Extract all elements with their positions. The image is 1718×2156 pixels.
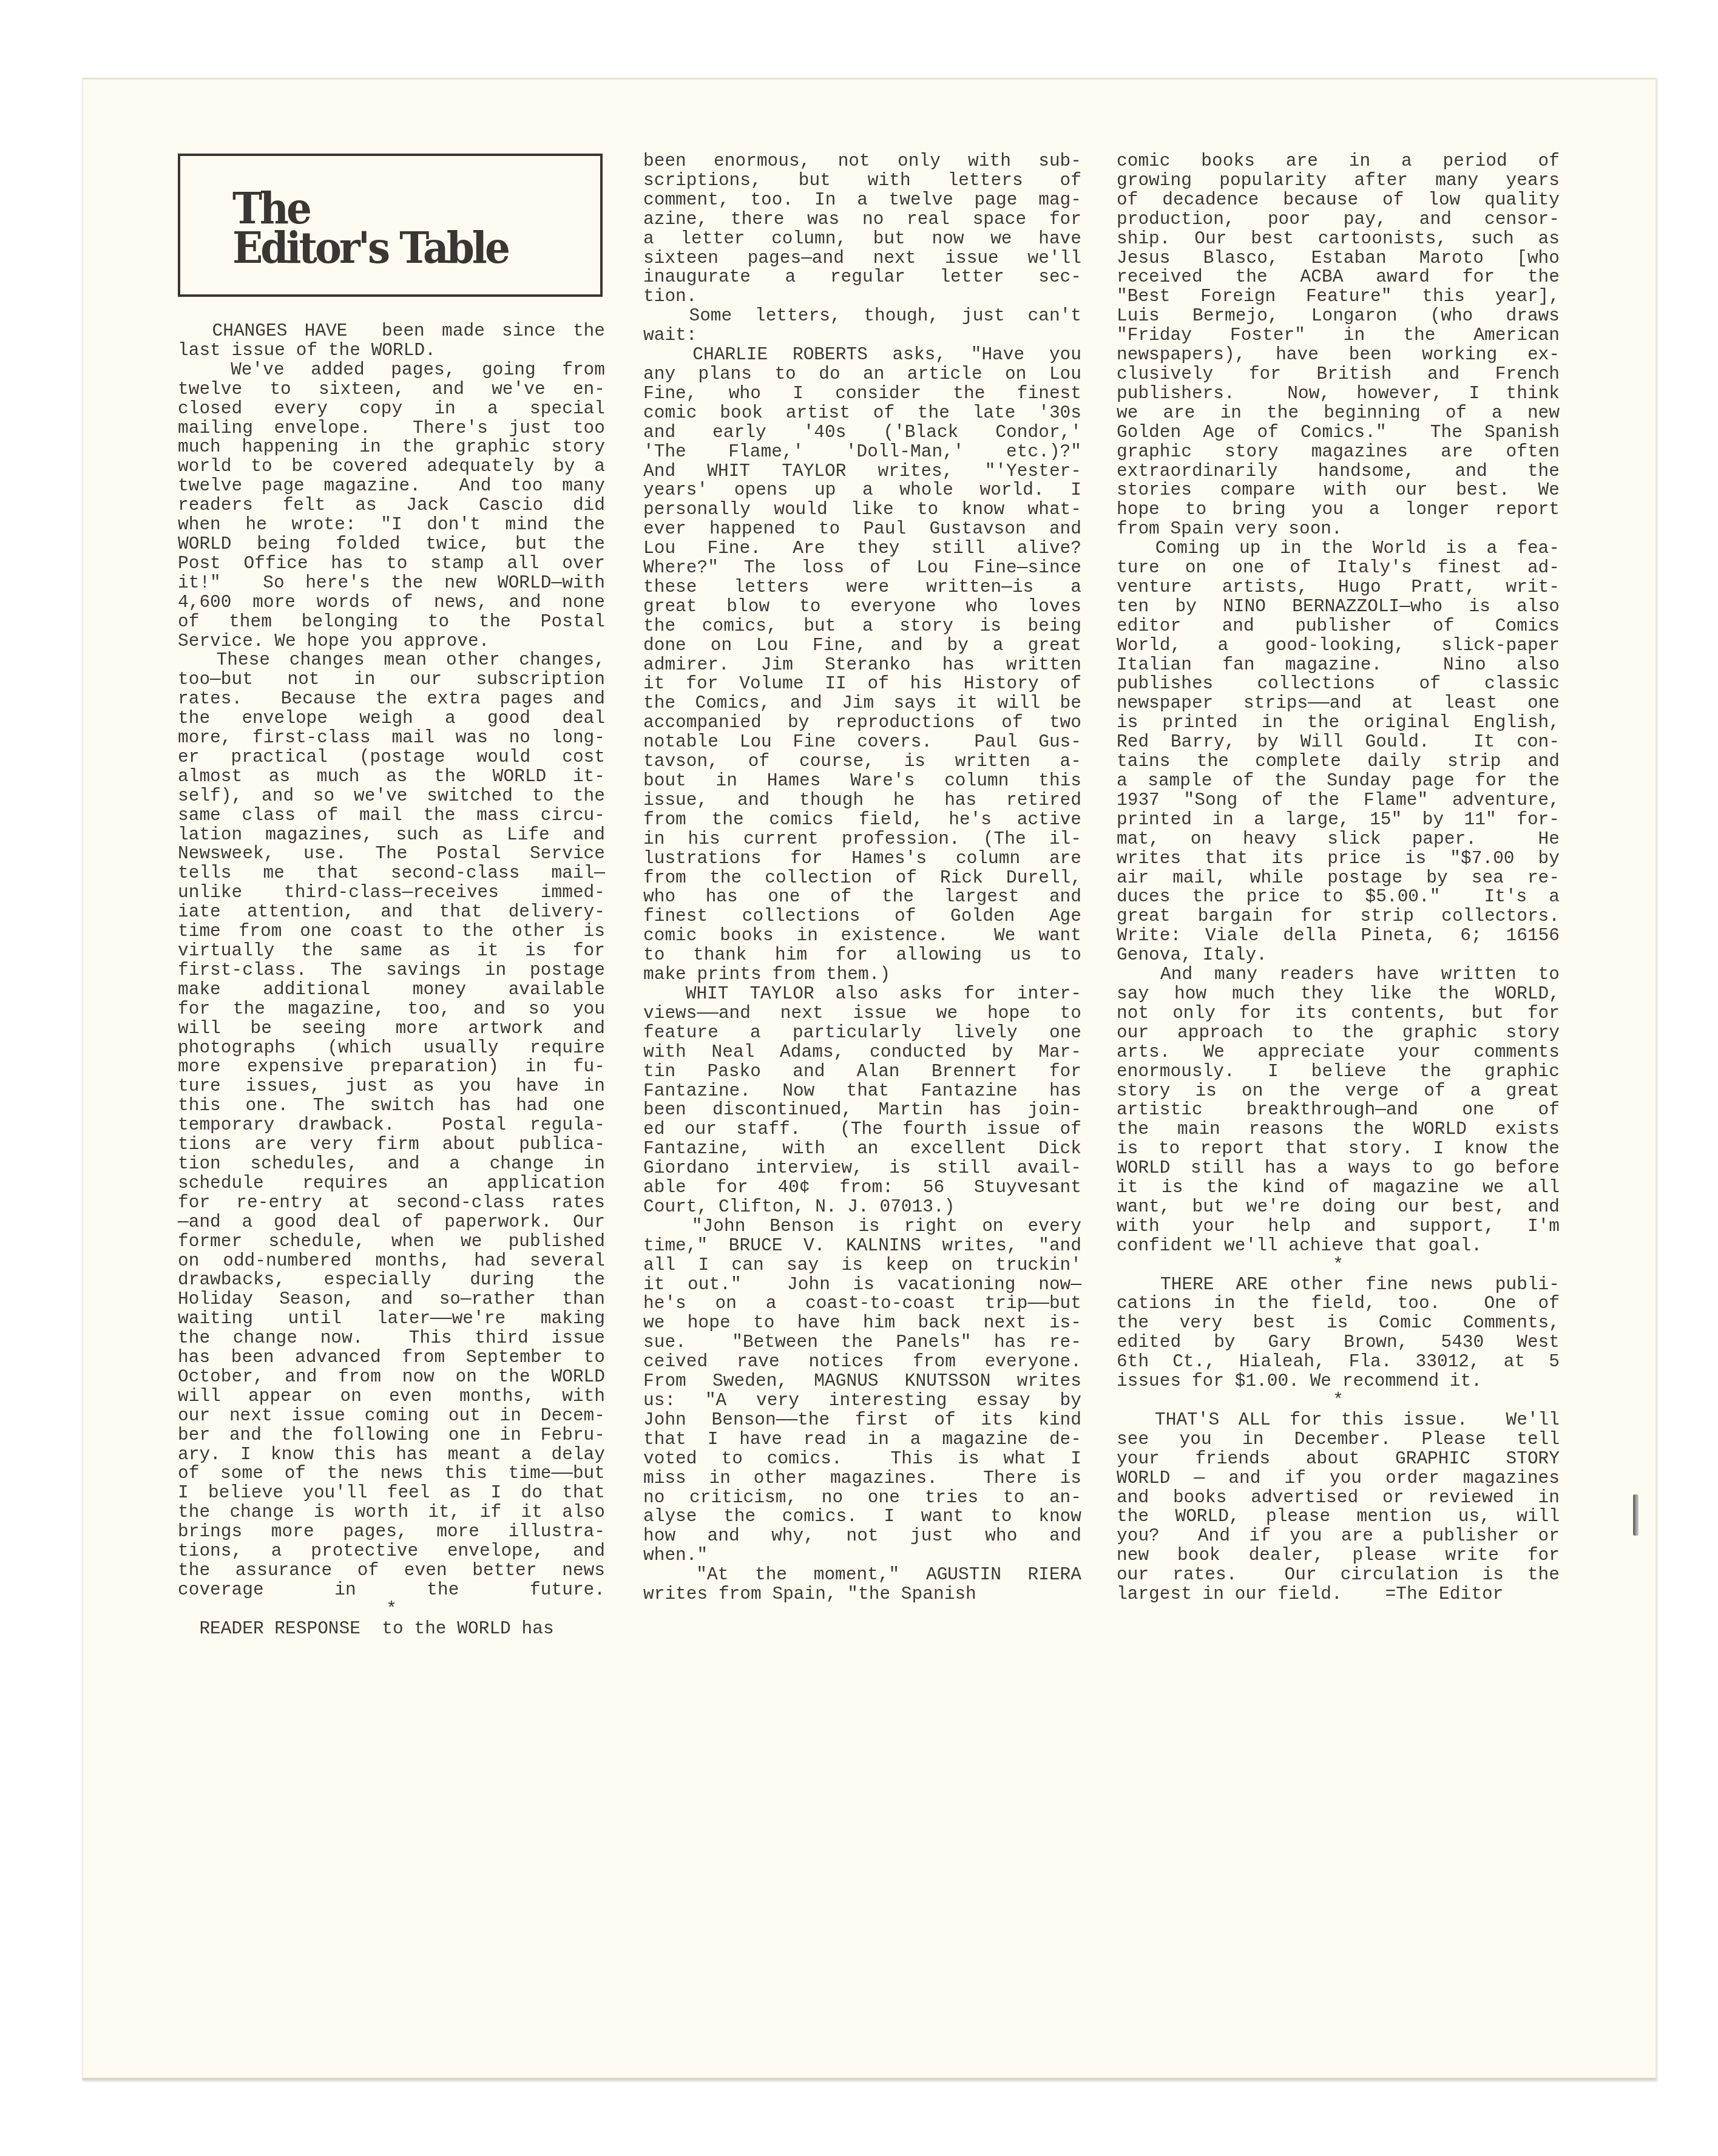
text-line: great bargain for strip collectors. [1117,907,1560,926]
text-line: 4,600 more words of news, and none [178,593,605,612]
text-line: THAT'S ALL for this issue. We'll [1117,1411,1560,1430]
text-line: And WHIT TAYLOR writes, "'Yester- [643,462,1081,481]
text-line: much happening in the graphic story [178,438,605,457]
text-line: of them belonging to the Postal [178,612,605,632]
text-line: Italian fan magazine. Nino also [1117,656,1560,675]
text-line: the very best is Comic Comments, [1117,1314,1560,1333]
text-line: make prints from them.) [643,965,1081,985]
text-line: CHANGES HAVE been made since the [178,322,605,341]
text-line: sixteen pages—and next issue we'll [643,249,1081,268]
text-line: 1937 "Song of the Flame" adventure, [1117,791,1560,810]
section-divider-asterisk: * [1117,1256,1560,1275]
text-line: World, a good-looking, slick-paper [1117,636,1560,656]
text-line: a sample of the Sunday page for the [1117,771,1560,791]
text-line: er practical (postage would cost [178,748,605,767]
text-line: azine, there was no real space for [643,210,1081,229]
text-line: that I have read in a magazine de- [643,1430,1081,1449]
text-line: self), and so we've switched to the [178,787,605,806]
text-line: Post Office has to stamp all over [178,554,605,574]
text-line: personally would like to know what- [643,500,1081,520]
text-line: the change is worth it, if it also [178,1503,605,1522]
text-line: notable Lou Fine covers. Paul Gus- [643,733,1081,752]
text-line: "Best Foreign Feature" this year], [1117,287,1560,307]
text-line: how and why, not just who and [643,1527,1081,1546]
text-line: admirer. Jim Steranko has written [643,656,1081,675]
text-line: it!" So here's the new WORLD—with [178,574,605,593]
text-line: he's on a coast-to-coast trip——but [643,1294,1081,1314]
text-line: inaugurate a regular letter sec- [643,268,1081,287]
text-line: And many readers have written to [1117,965,1560,985]
text-line: WORLD still has a ways to go before [1117,1159,1560,1178]
text-line: Luis Bermejo, Longaron (who draws [1117,307,1560,326]
text-line: comic book artist of the late '30s [643,404,1081,423]
text-line: wait: [643,326,1081,345]
text-line: will be seeing more artwork and [178,1019,605,1039]
text-line: the comics, but a story is being [643,617,1081,636]
text-line: edited by Gary Brown, 5430 West [1117,1333,1560,1352]
text-line: twelve page magazine. And too many [178,476,605,496]
text-line: comment, too. In a twelve page mag- [643,191,1081,210]
title-line-2: Editor's Table [232,228,508,268]
text-line: October, and from now on the WORLD [178,1368,605,1387]
text-line: Where?" The loss of Lou Fine—since [643,558,1081,578]
text-line: the envelope weigh a good deal [178,709,605,728]
text-line: has been advanced from September to [178,1348,605,1368]
text-line: "John Benson is right on every [643,1217,1081,1236]
text-line: publishes collections of classic [1117,674,1560,694]
text-line: confident we'll achieve that goal. [1117,1236,1560,1256]
text-line: comic books in existence. We want [643,926,1081,946]
text-line: ship. Our best cartoonists, such as [1117,229,1560,249]
text-line: a letter column, but now we have [643,229,1081,249]
text-line: the main reasons the WORLD exists [1117,1120,1560,1139]
text-line: comic books are in a period of [1117,152,1560,171]
text-line: tains the complete daily strip and [1117,752,1560,771]
text-line: mailing envelope. There's just too [178,419,605,438]
text-line: is printed in the original English, [1117,713,1560,733]
text-line: tavson, of course, is written a- [643,752,1081,771]
text-line: is to report that story. I know the [1117,1139,1560,1159]
text-line: say how much they like the WORLD, [1117,985,1560,1004]
text-line: able for 40¢ from: 56 Stuyvesant [643,1178,1081,1198]
article-column-2: been enormous, not only with sub-scripti… [643,152,1081,1604]
text-line: artistic breakthrough—and one of [1117,1100,1560,1120]
text-line: our rates. Our circulation is the [1117,1565,1560,1585]
article-column-1: CHANGES HAVE been made since thelast iss… [178,322,605,1639]
text-line: Golden Age of Comics." The Spanish [1117,423,1560,442]
text-line: it for Volume II of his History of [643,674,1081,694]
text-line: production, poor pay, and censor- [1117,210,1560,229]
text-line: of some of the news this time——but [178,1464,605,1483]
text-line: WORLD being folded twice, but the [178,535,605,554]
text-line: with your help and support, I'm [1117,1217,1560,1236]
text-line: Fantazine, with an excellent Dick [643,1139,1081,1159]
text-line: Write: Viale della Pineta, 6; 16156 [1117,926,1560,946]
text-line: readers felt as Jack Cascio did [178,496,605,515]
text-line: coverage in the future. [178,1581,605,1600]
text-line: ceived rave notices from everyone. [643,1352,1081,1372]
text-line: ber and the following one in Febru- [178,1426,605,1445]
section-divider-asterisk: * [1117,1391,1560,1411]
text-line: of decadence because of low quality [1117,191,1560,210]
text-line: largest in our field. =The Editor [1117,1585,1560,1604]
text-line: the assurance of even better news [178,1561,605,1581]
text-line: ten by NINO BERNAZZOLI—who is also [1117,597,1560,617]
text-line: when." [643,1546,1081,1565]
text-line: temporary drawback. Postal regula- [178,1116,605,1135]
text-line: feature a particularly lively one [643,1023,1081,1043]
text-line: make additional money available [178,980,605,1000]
text-line: see you in December. Please tell [1117,1430,1560,1449]
text-line: bout in Hames Ware's column this [643,771,1081,791]
text-line: hope to bring you a longer report [1117,500,1560,520]
text-line: views——and next issue we hope to [643,1004,1081,1023]
masthead-box: The Editor's Table [178,154,603,297]
text-line: lustrations for Hames's column are [643,849,1081,869]
text-line: voted to comics. This is what I [643,1449,1081,1469]
text-line: been discontinued, Martin has join- [643,1100,1081,1120]
text-line: lation magazines, such as Life and [178,825,605,845]
text-line: from Spain very soon. [1117,520,1560,539]
text-line: who has one of the largest and [643,887,1081,907]
text-line: tions are very firm about publica- [178,1135,605,1154]
text-line: WORLD — and if you order magazines [1117,1469,1560,1488]
text-line: finest collections of Golden Age [643,907,1081,926]
page-title: The Editor's Table [232,189,508,268]
text-line: ture on one of Italy's finest ad- [1117,558,1560,578]
text-line: for re-entry at second-class rates [178,1193,605,1213]
text-line: iate attention, and that delivery- [178,903,605,922]
text-line: rates. Because the extra pages and [178,690,605,709]
text-line: closed every copy in a special [178,399,605,419]
text-line: on odd-numbered months, had several [178,1252,605,1271]
text-line: READER RESPONSE to the WORLD has [178,1619,605,1639]
text-line: schedule requires an application [178,1174,605,1193]
text-line: years' opens up a whole world. I [643,481,1081,500]
section-divider-asterisk: * [178,1600,605,1619]
text-line: clusively for British and French [1117,365,1560,384]
text-line: twelve to sixteen, and we've en- [178,380,605,399]
text-line: same class of mail the mass circu- [178,806,605,825]
text-line: We've added pages, going from [178,361,605,380]
text-line: last issue of the WORLD. [178,341,605,361]
text-line: writes that its price is "$7.00 by [1117,849,1560,869]
text-line: duces the price to $5.00." It's a [1117,887,1560,907]
text-line: from the collection of Rick Durell, [643,869,1081,888]
text-line: venture artists, Hugo Pratt, writ- [1117,578,1560,597]
text-line: issues for $1.00. We recommend it. [1117,1372,1560,1391]
text-line: and early '40s ('Black Condor,' [643,423,1081,442]
text-line: air mail, while postage by sea re- [1117,869,1560,888]
text-line: issue, and though he has retired [643,791,1081,810]
text-line: drawbacks, especially during the [178,1270,605,1290]
text-line: photographs (which usually require [178,1039,605,1058]
text-line: tion schedules, and a change in [178,1154,605,1174]
text-line: extraordinarily handsome, and the [1117,462,1560,481]
text-line: your friends about GRAPHIC STORY [1117,1449,1560,1469]
text-line: from the comics field, he's active [643,810,1081,830]
text-line: Lou Fine. Are they still alive? [643,539,1081,558]
text-line: Coming up in the World is a fea- [1117,539,1560,558]
text-line: Newsweek, use. The Postal Service [178,844,605,864]
text-line: with Neal Adams, conducted by Mar- [643,1043,1081,1062]
text-line: printed in a large, 15" by 11" for- [1117,810,1560,830]
text-line: "Friday Foster" in the American [1117,326,1560,345]
text-line: Fantazine. Now that Fantazine has [643,1082,1081,1101]
text-line: been enormous, not only with sub- [643,152,1081,171]
text-line: want, but we're doing our best, and [1117,1198,1560,1217]
text-line: tions, a protective envelope, and [178,1542,605,1561]
text-line: Some letters, though, just can't [643,307,1081,326]
text-line: ary. I know this has meant a delay [178,1445,605,1465]
text-line: Court, Clifton, N. J. 07013.) [643,1198,1081,1217]
text-line: you? And if you are a publisher or [1117,1527,1560,1546]
text-line: I believe you'll feel as I do that [178,1483,605,1503]
text-line: From Sweden, MAGNUS KNUTSSON writes [643,1372,1081,1391]
text-line: —and a good deal of paperwork. Our [178,1213,605,1232]
text-line: more, first-class mail was no long- [178,728,605,748]
text-line: and books advertised or reviewed in [1117,1488,1560,1508]
text-line: time from one coast to the other is [178,922,605,941]
text-line: received the ACBA award for the [1117,268,1560,287]
text-line: These changes mean other changes, [178,651,605,670]
text-line: not only for its contents, but for [1117,1004,1560,1023]
text-line: newspaper strips——and at least one [1117,694,1560,713]
text-line: these letters were written—is a [643,578,1081,597]
text-line: mat, on heavy slick paper. He [1117,830,1560,849]
text-line: Giordano interview, is still avail- [643,1159,1081,1178]
text-line: Jesus Blasco, Estaban Maroto [who [1117,249,1560,268]
text-line: world to be covered adequately by a [178,457,605,476]
text-line: Genova, Italy. [1117,946,1560,965]
text-line: "At the moment," AGUSTIN RIERA [643,1565,1081,1585]
text-line: no criticism, no one tries to an- [643,1488,1081,1508]
text-line: cations in the field, too. One of [1117,1294,1560,1314]
text-line: WHIT TAYLOR also asks for inter- [643,985,1081,1004]
text-line: almost as much as the WORLD it- [178,767,605,787]
text-line: scriptions, but with letters of [643,171,1081,191]
text-line: 'The Flame,' 'Doll-Man,' etc.)?" [643,442,1081,462]
text-line: Red Barry, by Will Gould. It con- [1117,733,1560,752]
text-line: first-class. The savings in postage [178,961,605,980]
text-line: when he wrote: "I don't mind the [178,515,605,535]
text-line: former schedule, when we published [178,1232,605,1252]
text-line: too—but not in our subscription [178,670,605,690]
text-line: ever happened to Paul Gustavson and [643,520,1081,539]
text-line: any plans to do an article on Lou [643,365,1081,384]
text-line: the Comics, and Jim says it will be [643,694,1081,713]
text-line: to thank him for allowing us to [643,946,1081,965]
text-line: growing popularity after many years [1117,171,1560,191]
text-line: our next issue coming out in Decem- [178,1406,605,1426]
staple-mark [1633,1494,1639,1536]
text-line: tion. [643,287,1081,307]
text-line: Fine, who I consider the finest [643,384,1081,404]
text-line: we are in the beginning of a new [1117,404,1560,423]
text-line: arts. We appreciate your comments [1117,1043,1560,1062]
text-line: miss in other magazines. There is [643,1469,1081,1488]
text-line: ed our staff. (The fourth issue of [643,1120,1081,1139]
text-line: ture issues, just as you have in [178,1077,605,1096]
text-line: sue. "Between the Panels" has re- [643,1333,1081,1352]
text-line: Service. We hope you approve. [178,632,605,651]
text-line: for the magazine, too, and so you [178,1000,605,1019]
text-line: great blow to everyone who loves [643,597,1081,617]
text-line: publishers. Now, however, I think [1117,384,1560,404]
text-line: new book dealer, please write for [1117,1546,1560,1565]
article-column-3: comic books are in a period ofgrowing po… [1117,152,1560,1604]
text-line: Holiday Season, and so—rather than [178,1290,605,1309]
text-line: newspapers), have been working ex- [1117,345,1560,365]
text-line: the WORLD, please mention us, will [1117,1507,1560,1527]
text-line: writes from Spain, "the Spanish [643,1585,1081,1604]
text-line: tin Pasko and Alan Brennert for [643,1062,1081,1082]
text-line: unlike third-class—receives immed- [178,883,605,903]
text-line: this one. The switch has had one [178,1096,605,1116]
text-line: tells me that second-class mail— [178,864,605,883]
text-line: stories compare with our best. We [1117,481,1560,500]
text-line: CHARLIE ROBERTS asks, "Have you [643,345,1081,365]
text-line: story is on the verge of a great [1117,1082,1560,1101]
text-line: time," BRUCE V. KALNINS writes, "and [643,1236,1081,1256]
text-line: brings more pages, more illustra- [178,1522,605,1542]
text-line: editor and publisher of Comics [1117,617,1560,636]
text-line: John Benson——the first of its kind [643,1411,1081,1430]
text-line: in his current profession. (The il- [643,830,1081,849]
text-line: all I can say is keep on truckin' [643,1256,1081,1275]
text-line: enormously. I believe the graphic [1117,1062,1560,1082]
text-line: more expensive preparation) in fu- [178,1057,605,1077]
text-line: graphic story magazines are often [1117,442,1560,462]
text-line: alyse the comics. I want to know [643,1507,1081,1527]
text-line: us: "A very interesting essay by [643,1391,1081,1411]
text-line: the change now. This third issue [178,1329,605,1348]
text-line: we hope to have him back next is- [643,1314,1081,1333]
text-line: THERE ARE other fine news publi- [1117,1275,1560,1295]
text-line: waiting until later——we're making [178,1309,605,1329]
text-line: done on Lou Fine, and by a great [643,636,1081,656]
text-line: virtually the same as it is for [178,941,605,961]
text-line: accompanied by reproductions of two [643,713,1081,733]
text-line: our approach to the graphic story [1117,1023,1560,1043]
text-line: 6th Ct., Hialeah, Fla. 33012, at 5 [1117,1352,1560,1372]
text-line: it out." John is vacationing now— [643,1275,1081,1295]
text-line: will appear on even months, with [178,1387,605,1406]
text-line: it is the kind of magazine we all [1117,1178,1560,1198]
